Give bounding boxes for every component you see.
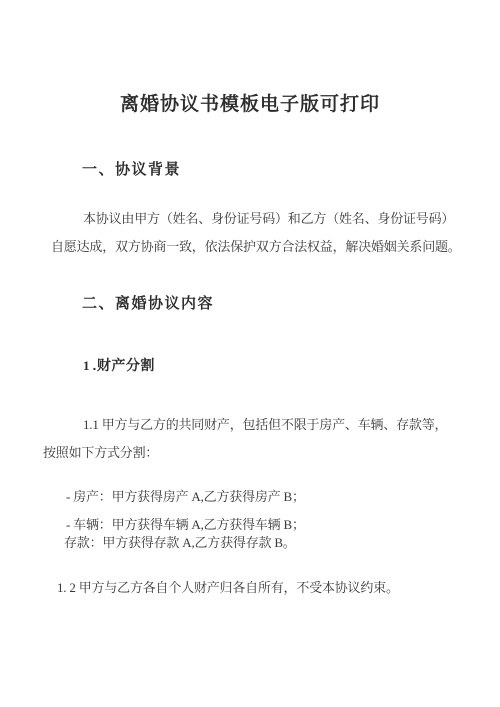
bullet-house: - 房产：甲方获得房产 A,乙方获得房产 B； xyxy=(66,489,305,505)
document-title: 离婚协议书模板电子版可打印 xyxy=(0,94,500,117)
clause-1-1-line-1: 1.1 甲方与乙方的共同财产，包括但不限于房产、车辆、存款等， xyxy=(83,417,447,433)
clause-1-1-line-2: 按照如下方式分割： xyxy=(43,445,158,461)
section-heading-background: 一、协议背景 xyxy=(82,161,181,179)
document-page: 离婚协议书模板电子版可打印 一、协议背景 本协议由甲方（姓名、身份证号码）和乙方… xyxy=(0,0,500,707)
subsection-label: .财产分割 xyxy=(93,357,155,373)
section-heading-content: 二、离婚协议内容 xyxy=(82,295,214,313)
background-paragraph-line-1: 本协议由甲方（姓名、身份证号码）和乙方（姓名、身份证号码） xyxy=(83,211,454,227)
line-deposit: 存款：甲方获得存款 A,乙方获得存款 B。 xyxy=(64,535,296,551)
bullet-vehicle: - 车辆：甲方获得车辆 A,乙方获得车辆 B； xyxy=(66,517,305,533)
background-paragraph-line-2: 自愿达成，双方协商一致，依法保护双方合法权益，解决婚姻关系问题。 xyxy=(51,239,461,255)
clause-1-2: 1. 2 甲方与乙方各自个人财产归各自所有，不受本协议约束。 xyxy=(57,580,399,596)
subsection-number: 1 xyxy=(83,358,90,373)
subsection-heading-property-division: 1.财产分割 xyxy=(83,356,155,375)
